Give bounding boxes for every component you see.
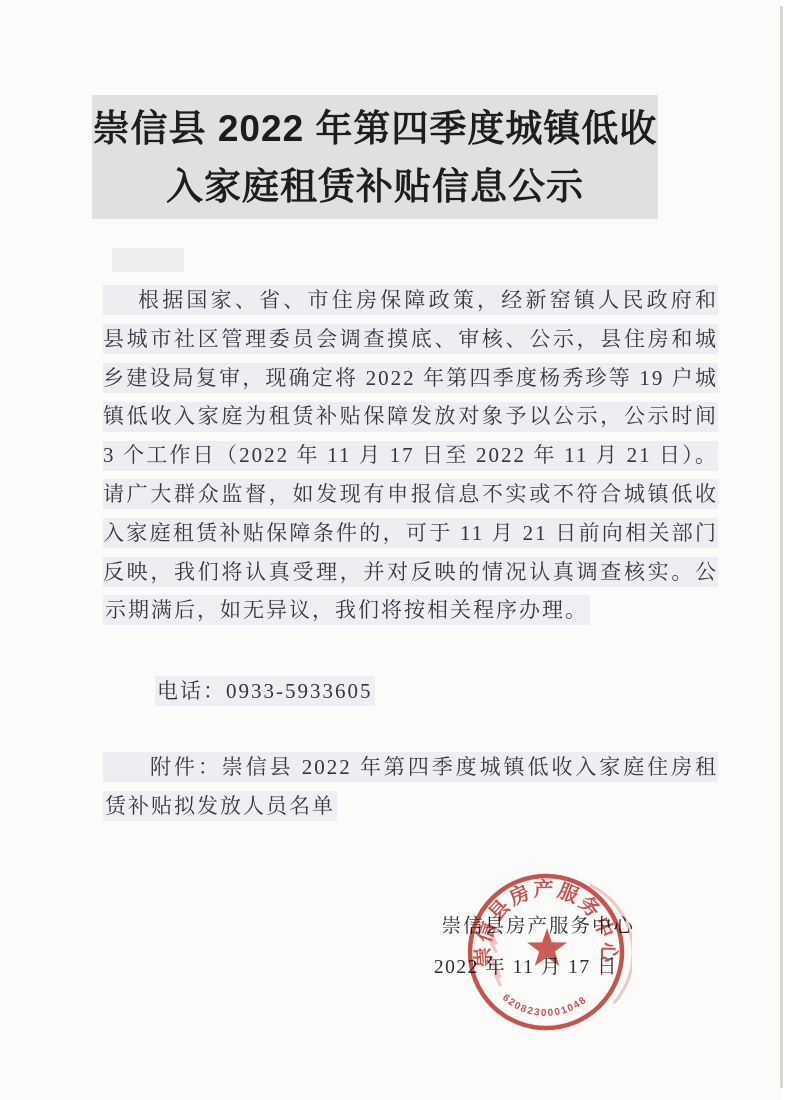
body-line-text: 示期满后，如无异议，我们将按相关程序办理。 xyxy=(103,595,590,625)
notice-body: 根据国家、省、市住房保障政策，经新窑镇人民政府和 县城市社区管理委员会调查摸底、… xyxy=(103,281,718,630)
scan-right-margin xyxy=(782,0,800,1100)
body-line: 镇低收入家庭为租赁补贴保障发放对象予以公示，公示时间 xyxy=(103,397,718,436)
body-line: 示期满后，如无异议，我们将按相关程序办理。 xyxy=(103,591,718,630)
body-line: 根据国家、省、市住房保障政策，经新窑镇人民政府和 xyxy=(103,281,718,320)
attachment-block: 附件：崇信县 2022 年第四季度城镇低收入家庭住房租 赁补贴拟发放人员名单 xyxy=(103,748,718,826)
attachment-line-1: 附件：崇信县 2022 年第四季度城镇低收入家庭住房租 xyxy=(103,748,718,787)
official-seal: 崇信县房产服务中心 6208230001048 xyxy=(462,867,632,1037)
body-line: 反映，我们将认真受理，并对反映的情况认真调查核实。公 xyxy=(103,553,718,592)
body-line: 县城市社区管理委员会调查摸底、审核、公示，县住房和城 xyxy=(103,320,718,359)
notice-title-line-2: 入家庭租赁补贴信息公示 xyxy=(92,158,658,216)
scan-smudge xyxy=(112,248,184,272)
seal-star-icon xyxy=(527,928,567,966)
scan-page-edge xyxy=(780,6,783,1088)
document-page: 崇信县 2022 年第四季度城镇低收 入家庭租赁补贴信息公示 根据国家、省、市住… xyxy=(0,0,800,1100)
attachment-line-2: 赁补贴拟发放人员名单 xyxy=(103,787,718,826)
attachment-line-2-text: 赁补贴拟发放人员名单 xyxy=(103,791,337,821)
phone-text: 电话：0933-5933605 xyxy=(155,676,375,706)
phone-line: 电话：0933-5933605 xyxy=(155,672,375,711)
body-line: 乡建设局复审，现确定将 2022 年第四季度杨秀珍等 19 户城 xyxy=(103,359,718,398)
notice-title-block: 崇信县 2022 年第四季度城镇低收 入家庭租赁补贴信息公示 xyxy=(92,95,658,219)
body-line: 请广大群众监督，如发现有申报信息不实或不符合城镇低收 xyxy=(103,475,718,514)
body-line: 入家庭租赁补贴保障条件的，可于 11 月 21 日前向相关部门 xyxy=(103,514,718,553)
seal-serial-number: 6208230001048 xyxy=(500,992,589,1019)
body-line: 3 个工作日（2022 年 11 月 17 日至 2022 年 11 月 21 … xyxy=(103,436,718,475)
notice-title-line-1: 崇信县 2022 年第四季度城镇低收 xyxy=(92,100,658,158)
